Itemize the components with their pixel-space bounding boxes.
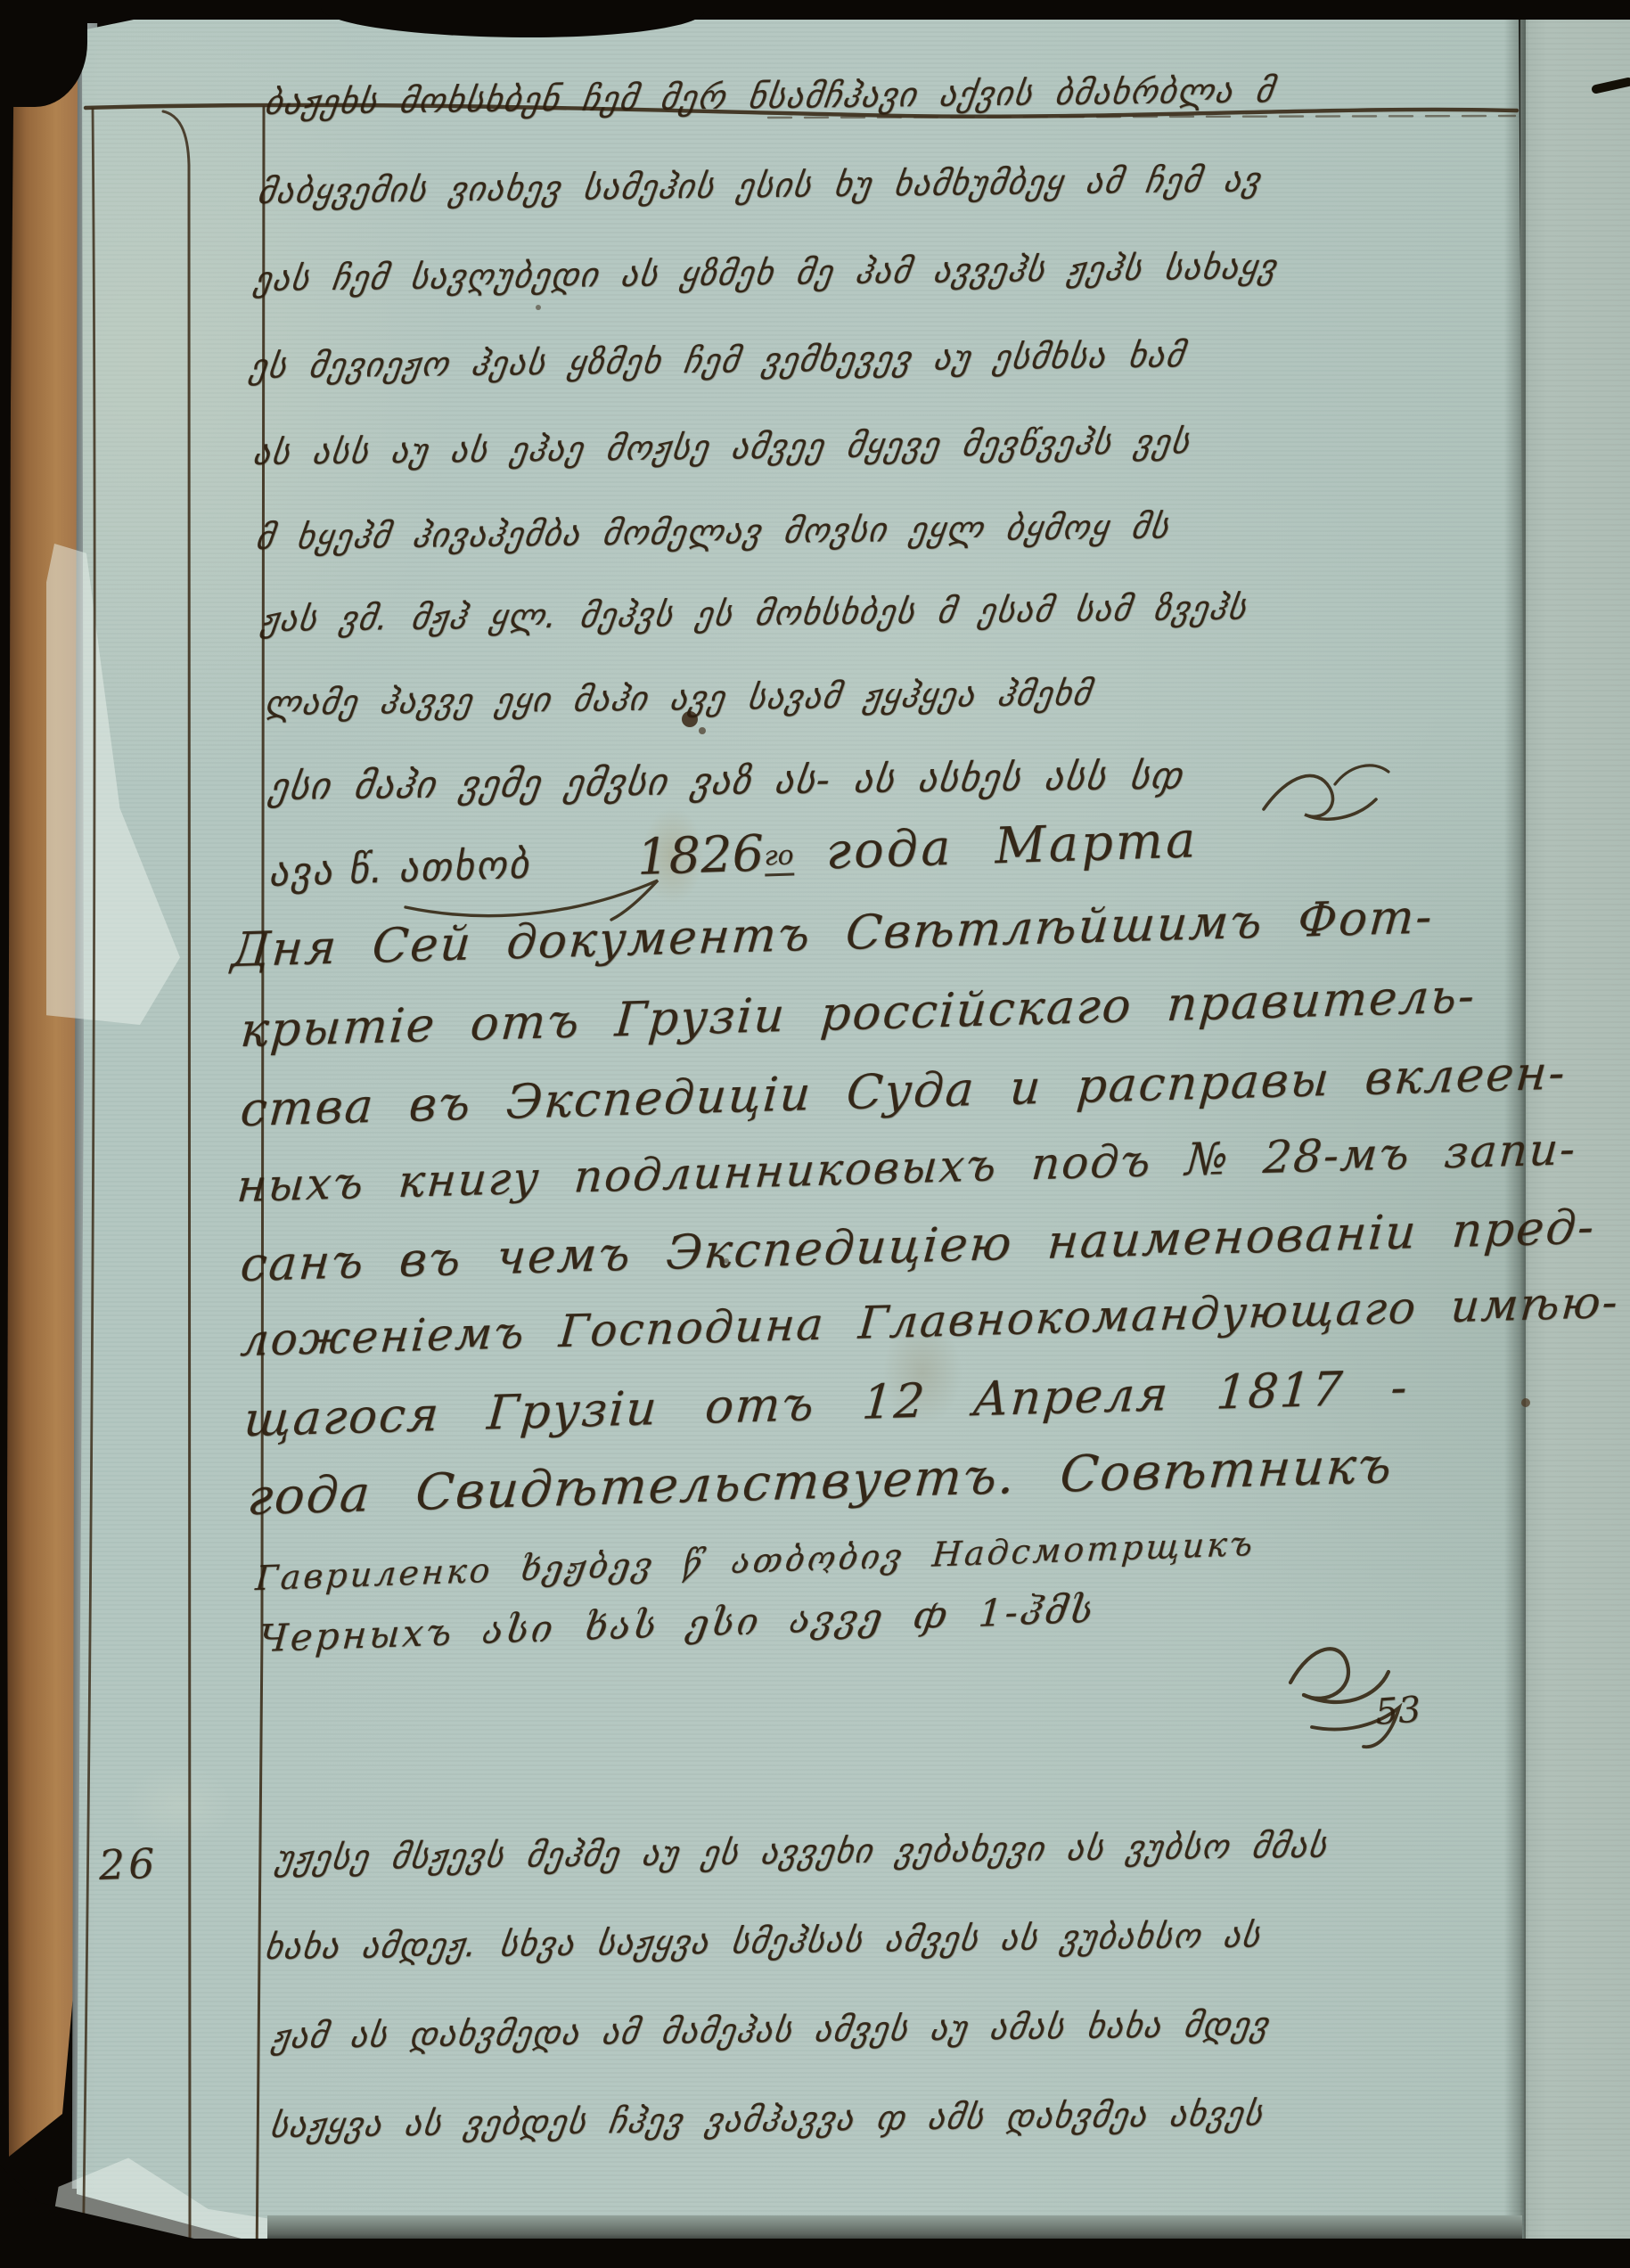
scan-background-bottom	[0, 2239, 1630, 2268]
date-month: года Марта	[825, 811, 1200, 880]
date-georgian-prefix: ავა წ. ათხობ	[267, 842, 530, 896]
handwritten-line: ესი მაჰი ვემე ემვსი ვაზ ას- ას ასხეს ასს…	[266, 757, 1186, 806]
paper-lightening	[125, 1764, 232, 1845]
margin-entry-number: 26	[98, 1843, 159, 1886]
scan-background-top	[0, 0, 1630, 20]
date-year-suffix: го	[764, 839, 794, 876]
handwritten-line: ლამე ჰავვე ეყი მაჰი ავე სავამ ჟყჰყეა ჰმე…	[262, 676, 1093, 720]
manuscript-scan: ბაჟეხს მოხსხბენ ჩემ მერ ნსამჩჰავი აქვის …	[0, 0, 1630, 2268]
date-year: 1826	[636, 825, 765, 887]
folio-number: 53	[1374, 1691, 1422, 1730]
